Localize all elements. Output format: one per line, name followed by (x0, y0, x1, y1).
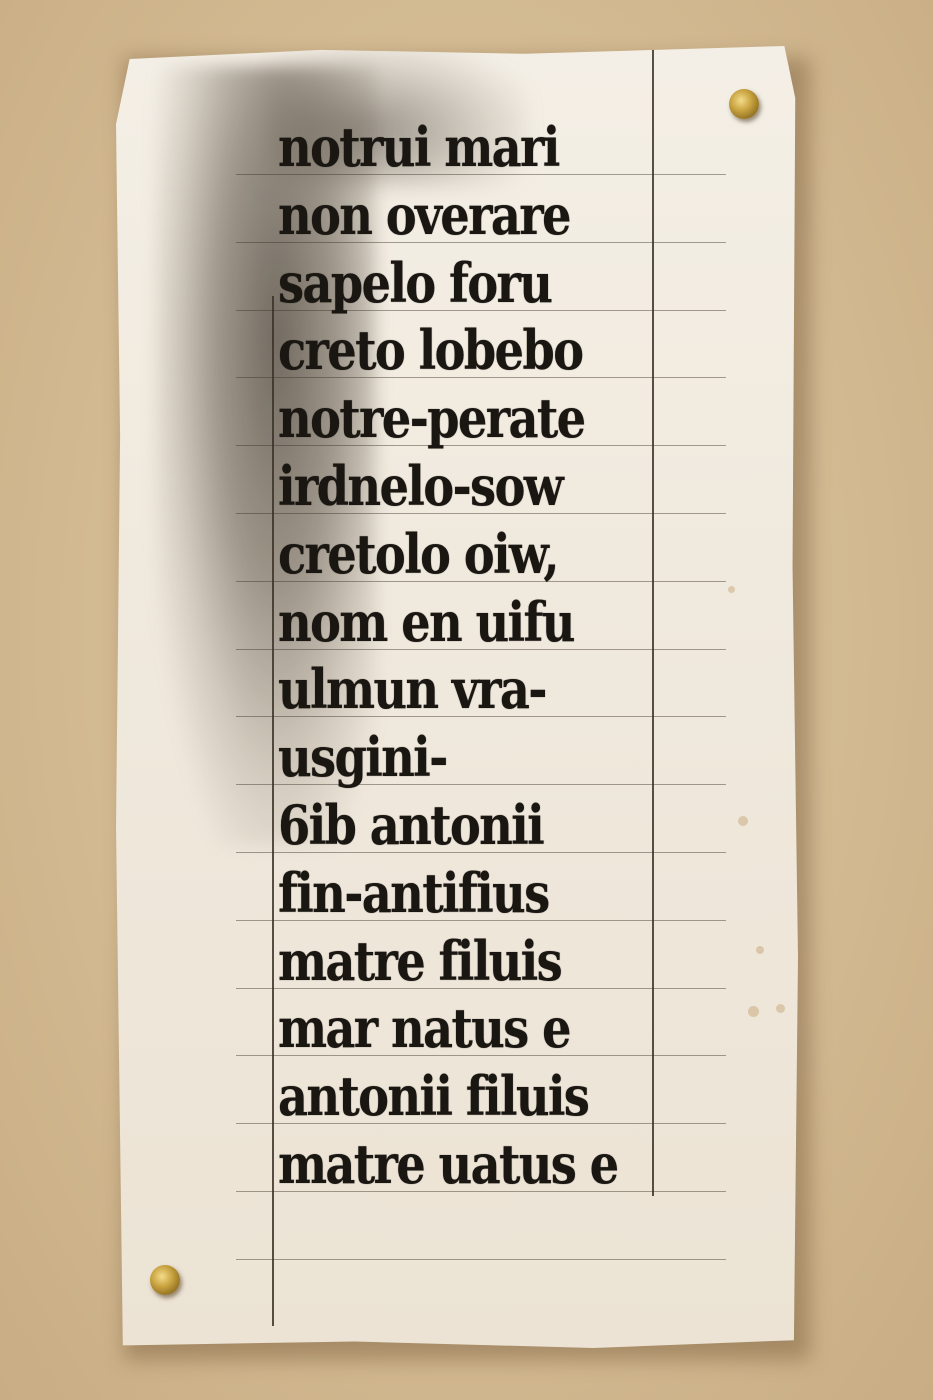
ruled-line (236, 1259, 726, 1260)
text-line: mar natus e (278, 995, 639, 1063)
text-line: ulmun vra- (278, 656, 639, 724)
text-line: cretolo oiw, (278, 521, 639, 589)
text-line: 6ib antonii (278, 792, 639, 860)
foxing-stain (748, 1006, 759, 1017)
foxing-stain (776, 1004, 785, 1013)
text-line: usgini- (278, 724, 639, 792)
left-margin-rule (272, 296, 274, 1326)
text-line: irdnelo-sow (278, 453, 639, 521)
brass-pin-top-right (729, 89, 759, 119)
foxing-stain (738, 816, 748, 826)
text-line: antonii filuis (278, 1063, 639, 1131)
text-line: fin-antifius (278, 860, 639, 928)
text-line: sapelo foru (278, 250, 639, 318)
text-line: nom en uifu (278, 589, 639, 657)
text-line: non overare (278, 182, 639, 250)
foxing-stain (756, 946, 764, 954)
text-line: matre filuis (278, 928, 639, 996)
manuscript-page: notrui mari non overare sapelo foru cret… (116, 46, 798, 1348)
brass-pin-bottom-left (150, 1265, 180, 1295)
text-line: notrui mari (278, 114, 639, 182)
foxing-stain (728, 586, 735, 593)
text-line: creto lobebo (278, 317, 639, 385)
text-line: matre uatus e (278, 1131, 639, 1199)
text-line: notre-perate (278, 385, 639, 453)
manuscript-text: notrui mari non overare sapelo foru cret… (278, 114, 698, 1199)
